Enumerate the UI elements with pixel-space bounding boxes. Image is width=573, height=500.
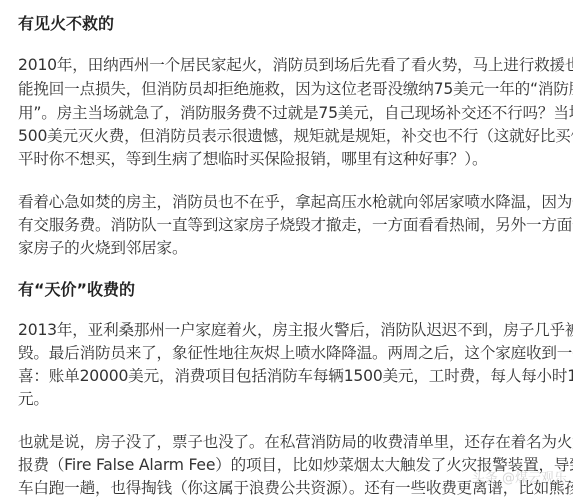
text-line: 看着心急如焚的房主，消防员也不在乎，拿起高压水枪就向邻居家喷水降温，因为邻居 — [18, 191, 573, 214]
watermark: 头条 @煤云观乐 — [472, 467, 567, 486]
text-line: 毁。最后消防员来了，象征性地往灰烬上喷水降降温。两周之后，这个家庭收到一份惊 — [18, 342, 573, 365]
text-line: 喜：账单20000美元，消费项目包括消防车每辆1500美元，工时费，每人每小时1… — [18, 365, 573, 388]
text-line: 2010年，田纳西州一个居民家起火，消防员到场后先看了看火势，马上进行救援也许还 — [18, 54, 573, 77]
text-line: 元。 — [18, 388, 49, 411]
text-line: 用”。房主当场就急了，消防服务费不过就是75美元，自己现场补交还不行吗？当场补交 — [18, 102, 573, 125]
section-heading: 有见火不救的 — [18, 11, 114, 34]
text-line: 家房子的火烧到邻居家。 — [18, 237, 187, 260]
text-line: 平时你不想买，等到生病了想临时买保险报销，哪里有这种好事？）。 — [18, 148, 487, 171]
text-line: 也就是说，房子没了，票子也没了。在私营消防局的收费清单里，还存在着名为火灾误 — [18, 431, 573, 454]
section-heading: 有“天价”收费的 — [18, 277, 135, 300]
text-line: 500美元灭火费，但消防员表示很遗憾，规矩就是规矩，补交也不行（这就好比买保险。 — [18, 125, 573, 148]
text-line: 有交服务费。消防队一直等到这家房子烧毁才撤走，一方面看看热闹，另外一方面怕这 — [18, 214, 573, 237]
text-line: 能挽回一点损失，但消防员却拒绝施救，因为这位老哥没缴纳75美元一年的“消防服务费 — [18, 78, 573, 101]
text-line: 2013年，亚利桑那州一户家庭着火，房主报火警后，消防队迟迟不到，房子几乎被烧 — [18, 319, 573, 342]
